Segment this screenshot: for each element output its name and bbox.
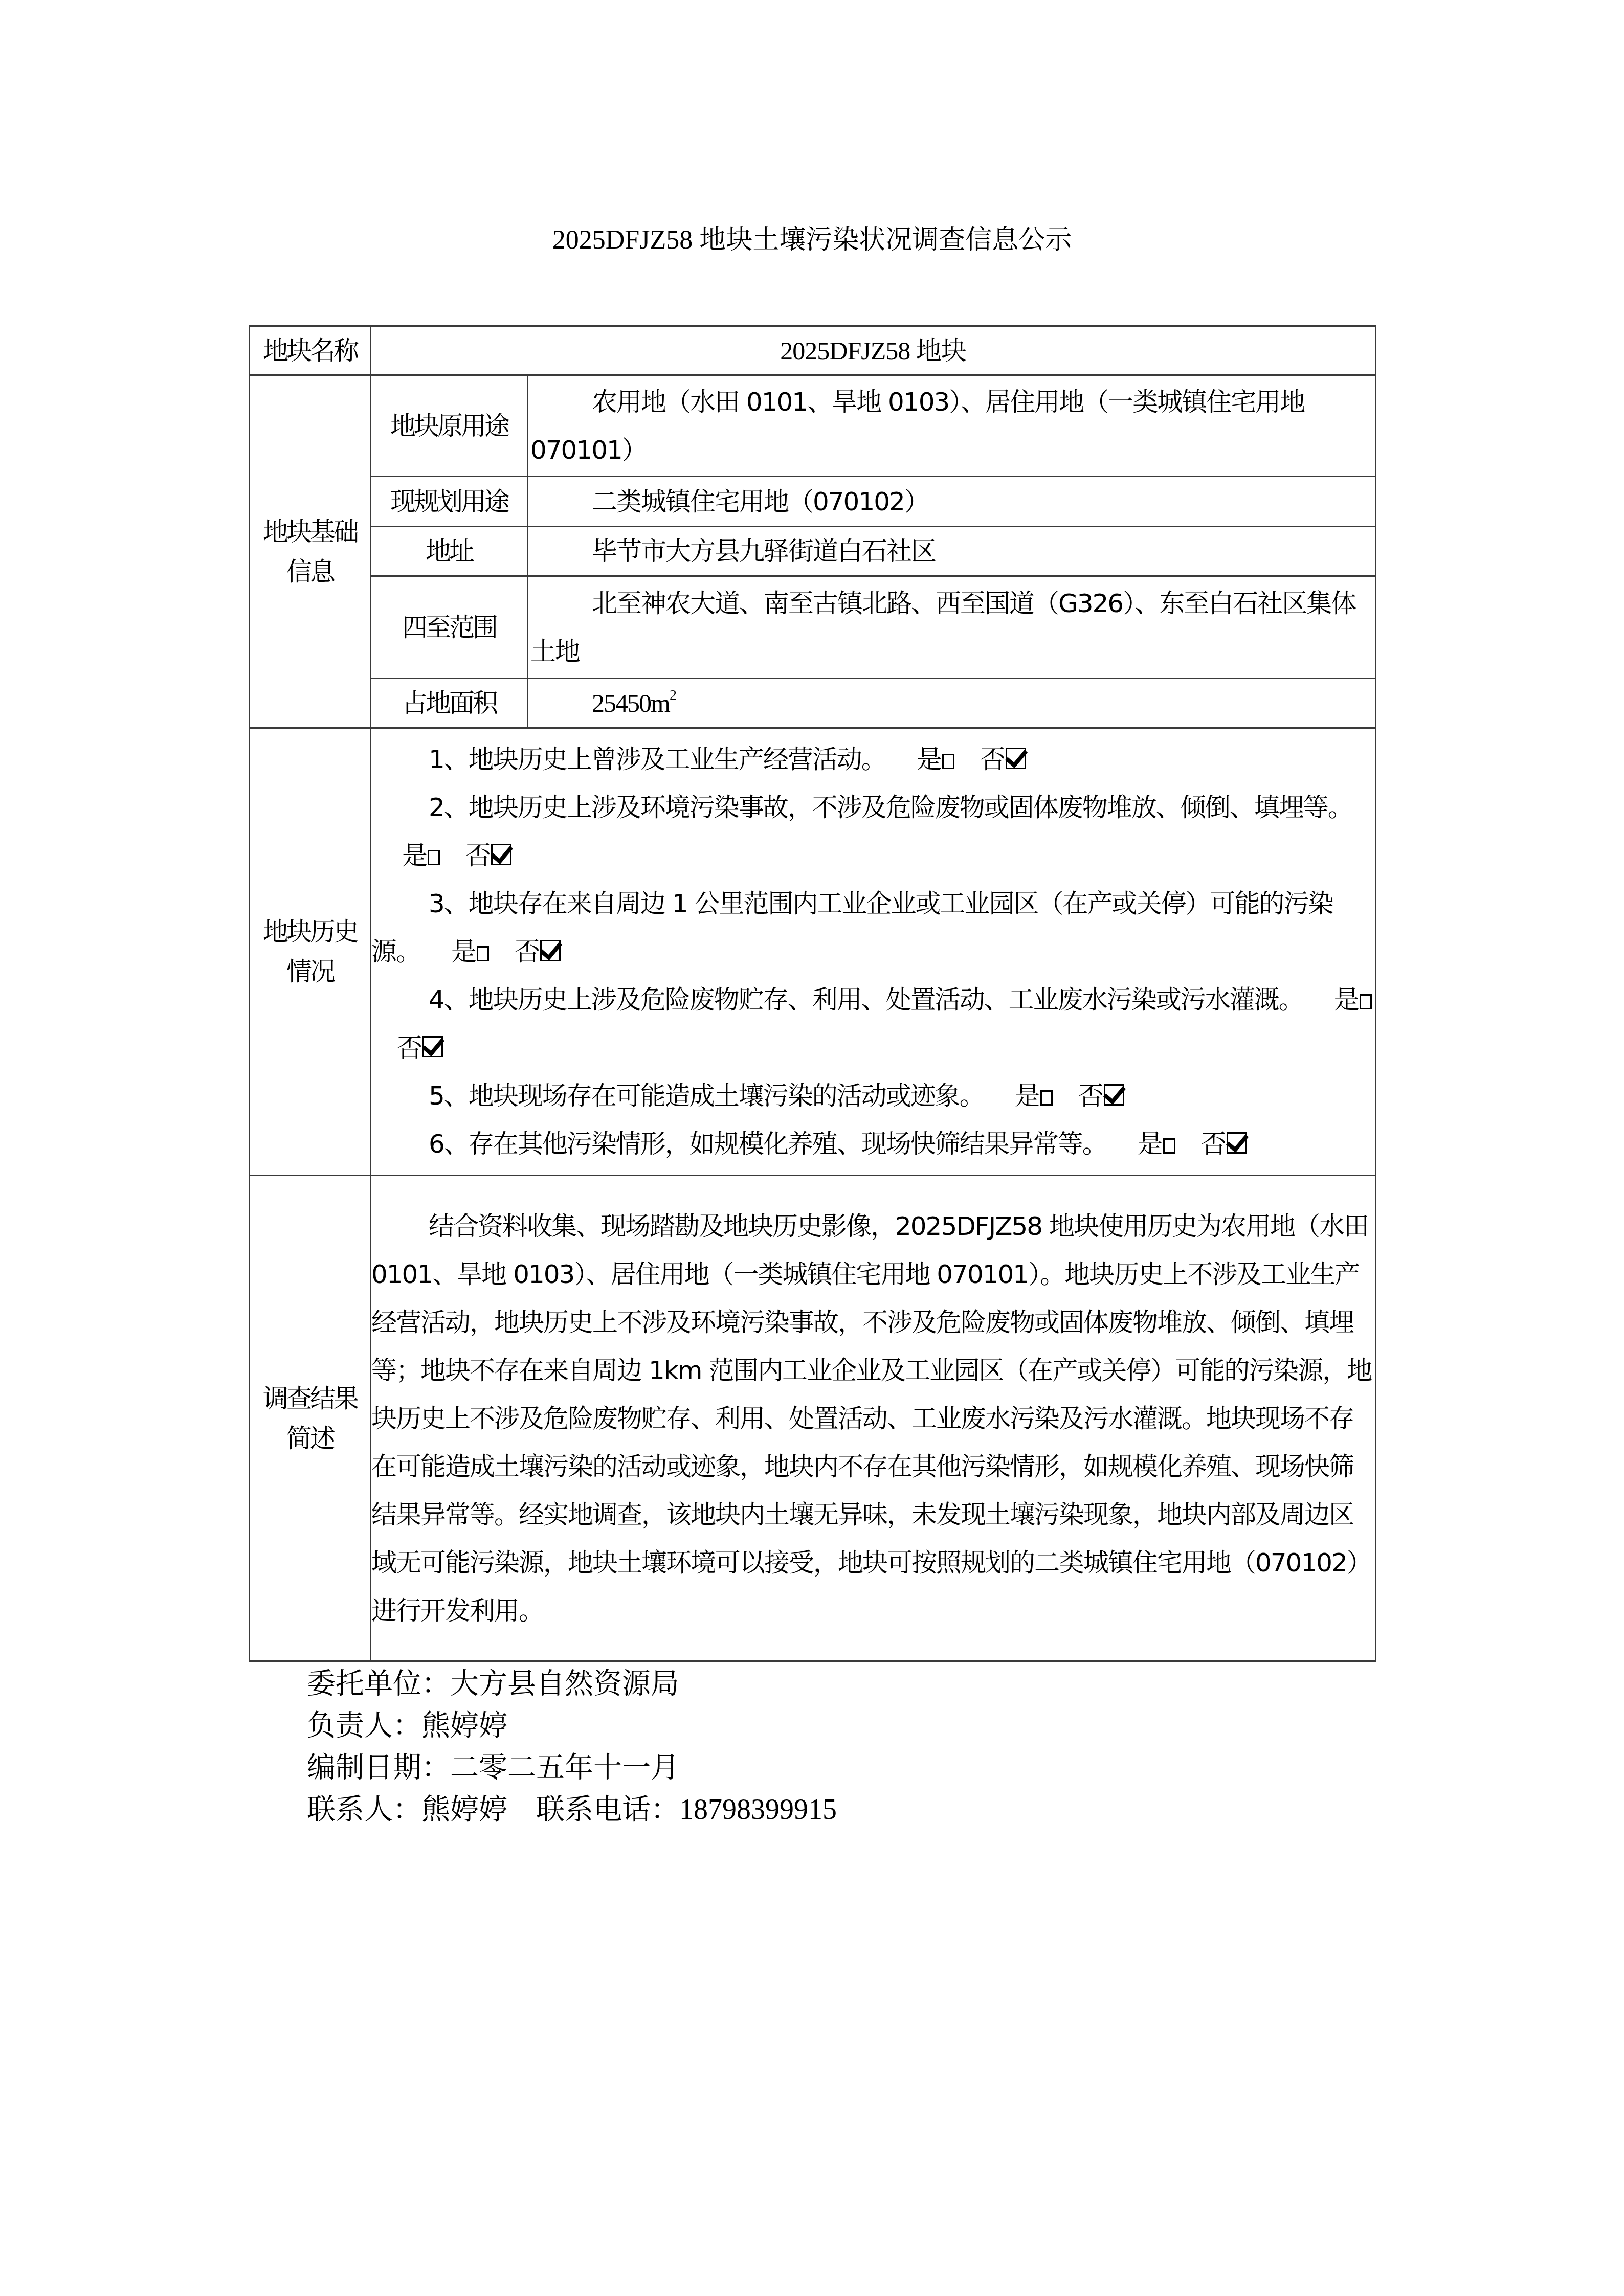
responsible-person: 负责人：熊婷婷 <box>307 1705 837 1747</box>
history-items: 1、地块历史上曾涉及工业生产经营活动。是否 2、地块历史上涉及环境污染事故，不涉… <box>371 728 1376 1176</box>
site-name-value: 2025DFJZ58 地块 <box>371 326 1376 375</box>
original-use-row: 地块基础 信息 地块原用途 农用地（水田 0101、旱地 0103）、居住用地（… <box>250 375 1376 477</box>
address-label: 地址 <box>371 527 528 576</box>
planned-use-row: 现规划用途 二类城镇住宅用地（070102） <box>250 477 1376 527</box>
checkbox-no-3-checked[interactable] <box>540 940 561 961</box>
area-row: 占地面积 25450m2 <box>250 679 1376 728</box>
boundary-value: 北至神农大道、南至古镇北路、西至国道（G326）、东至白石社区集体土地 <box>528 576 1376 679</box>
address-row: 地址 毕节市大方县九驿街道白石社区 <box>250 527 1376 576</box>
history-item-3: 3、地块存在来自周边 1 公里范围内工业企业或工业园区（在产或关停）可能的污染源… <box>371 880 1375 976</box>
checkbox-yes-3[interactable] <box>477 946 489 961</box>
history-item-5: 5、地块现场存在可能造成土壤污染的活动或迹象。是否 <box>371 1072 1375 1120</box>
planned-use-value: 二类城镇住宅用地（070102） <box>528 477 1376 527</box>
contact-info: 联系人：熊婷婷 联系电话：18798399915 <box>307 1789 837 1831</box>
site-name-row: 地块名称 2025DFJZ58 地块 <box>250 326 1376 375</box>
original-use-value: 农用地（水田 0101、旱地 0103）、居住用地（一类城镇住宅用地 07010… <box>528 375 1376 477</box>
history-item-4: 4、地块历史上涉及危险废物贮存、利用、处置活动、工业废水污染或污水灌溉。是否 <box>371 976 1375 1072</box>
checkbox-yes-6[interactable] <box>1163 1138 1175 1154</box>
footer-info: 委托单位：大方县自然资源局 负责人：熊婷婷 编制日期：二零二五年十一月 联系人：… <box>307 1663 837 1831</box>
results-summary: 结合资料收集、现场踏勘及地块历史影像，2025DFJZ58 地块使用历史为农用地… <box>371 1176 1376 1661</box>
checkbox-yes-4[interactable] <box>1360 994 1372 1009</box>
checkbox-yes-5[interactable] <box>1040 1090 1053 1106</box>
compile-date: 编制日期：二零二五年十一月 <box>307 1747 837 1789</box>
boundary-row: 四至范围 北至神农大道、南至古镇北路、西至国道（G326）、东至白石社区集体土地 <box>250 576 1376 679</box>
site-name-label: 地块名称 <box>250 326 371 375</box>
checkbox-no-6-checked[interactable] <box>1227 1132 1247 1154</box>
area-value: 25450m2 <box>528 679 1376 728</box>
area-label: 占地面积 <box>371 679 528 728</box>
site-info-table: 地块名称 2025DFJZ58 地块 地块基础 信息 地块原用途 农用地（水田 … <box>249 325 1376 1662</box>
history-item-2: 2、地块历史上涉及环境污染事故，不涉及危险废物或固体废物堆放、倾倒、填埋等。是否 <box>371 783 1375 880</box>
planned-use-label: 现规划用途 <box>371 477 528 527</box>
client-unit: 委托单位：大方县自然资源局 <box>307 1663 837 1705</box>
checkbox-no-2-checked[interactable] <box>491 844 511 865</box>
history-item-1: 1、地块历史上曾涉及工业生产经营活动。是否 <box>371 735 1375 783</box>
history-label: 地块历史 情况 <box>250 728 371 1176</box>
checkbox-yes-2[interactable] <box>428 850 440 865</box>
original-use-label: 地块原用途 <box>371 375 528 477</box>
checkbox-no-5-checked[interactable] <box>1104 1084 1124 1106</box>
checkbox-no-1-checked[interactable] <box>1006 748 1026 769</box>
checkbox-yes-1[interactable] <box>942 754 954 769</box>
address-value: 毕节市大方县九驿街道白石社区 <box>528 527 1376 576</box>
basic-info-label: 地块基础 信息 <box>250 375 371 728</box>
history-row: 地块历史 情况 1、地块历史上曾涉及工业生产经营活动。是否 2、地块历史上涉及环… <box>250 728 1376 1176</box>
history-item-6: 6、存在其他污染情形，如规模化养殖、现场快筛结果异常等。是否 <box>371 1120 1375 1168</box>
checkbox-no-4-checked[interactable] <box>422 1036 443 1057</box>
results-label: 调查结果 简述 <box>250 1176 371 1661</box>
area-unit-superscript: 2 <box>670 687 676 703</box>
boundary-label: 四至范围 <box>371 576 528 679</box>
results-row: 调查结果 简述 结合资料收集、现场踏勘及地块历史影像，2025DFJZ58 地块… <box>250 1176 1376 1661</box>
page-title: 2025DFJZ58 地块土壤污染状况调查信息公示 <box>0 220 1624 261</box>
